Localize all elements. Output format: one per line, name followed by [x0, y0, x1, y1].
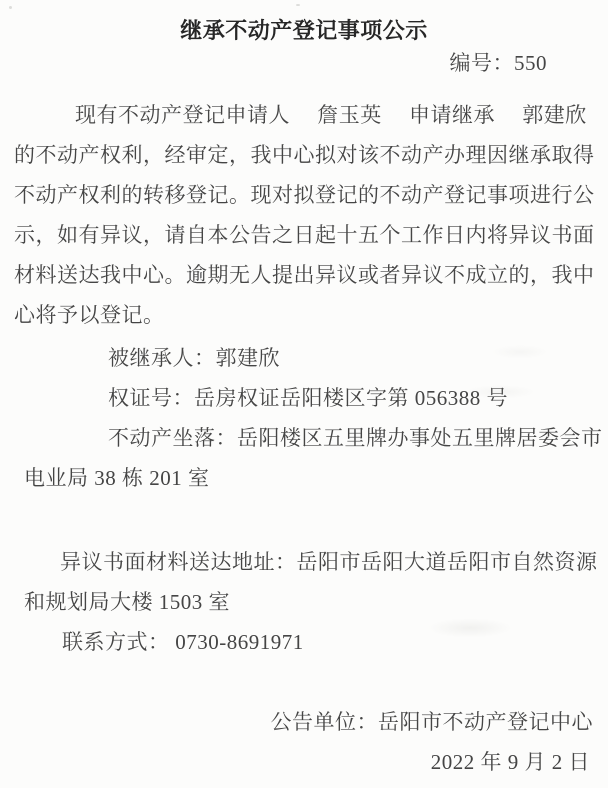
paragraph-line: 不动产权利的转移登记。现对拟登记的不动产登记事项进行公: [0, 175, 608, 215]
paragraph-line: 示，如有异议，请自本公告之日起十五个工作日内将异议书面: [0, 215, 608, 255]
paragraph-line: 的不动产权利，经审定，我中心拟对该不动产办理因继承取得: [0, 135, 608, 175]
field-objection-address: 异议书面材料送达地址：岳阳市岳阳大道岳阳市自然资源: [0, 542, 608, 582]
paragraph-line: 材料送达我中心。逾期无人提出异议或者异议不成立的，我中: [0, 255, 608, 295]
field-contact-phone: 联系方式： 0730-8691971: [0, 622, 608, 662]
paragraph-line: 现有不动产登记申请人 詹玉英 申请继承 郭建欣: [0, 95, 608, 135]
main-paragraph: 现有不动产登记申请人 詹玉英 申请继承 郭建欣 的不动产权利，经审定，我中心拟对…: [0, 95, 608, 335]
scan-speck: [9, 6, 12, 9]
scan-speck: [296, 4, 300, 6]
detail-fields: 被继承人：郭建欣 权证号：岳房权证岳阳楼区字第 056388 号 不动产坐落：岳…: [0, 338, 608, 498]
document-title: 继承不动产登记事项公示: [0, 0, 608, 44]
footer-date: 2022 年 9 月 2 日: [0, 742, 608, 782]
field-objection-address-continuation: 和规划局大楼 1503 室: [0, 582, 608, 622]
footer-issuer: 公告单位：岳阳市不动产登记中心: [0, 702, 608, 742]
objection-contact-fields: 异议书面材料送达地址：岳阳市岳阳大道岳阳市自然资源 和规划局大楼 1503 室 …: [0, 542, 608, 662]
field-property-location-continuation: 电业局 38 栋 201 室: [0, 458, 608, 498]
field-heir: 被继承人：郭建欣: [0, 338, 608, 378]
document-number: 编号：550: [0, 44, 608, 82]
notice-document-page: 继承不动产登记事项公示 编号：550 现有不动产登记申请人 詹玉英 申请继承 郭…: [0, 0, 608, 788]
paragraph-line: 心将予以登记。: [0, 295, 608, 335]
field-certificate-number: 权证号：岳房权证岳阳楼区字第 056388 号: [0, 378, 608, 418]
document-footer: 公告单位：岳阳市不动产登记中心 2022 年 9 月 2 日: [0, 702, 608, 782]
field-property-location: 不动产坐落：岳阳楼区五里牌办事处五里牌居委会市: [0, 418, 608, 458]
